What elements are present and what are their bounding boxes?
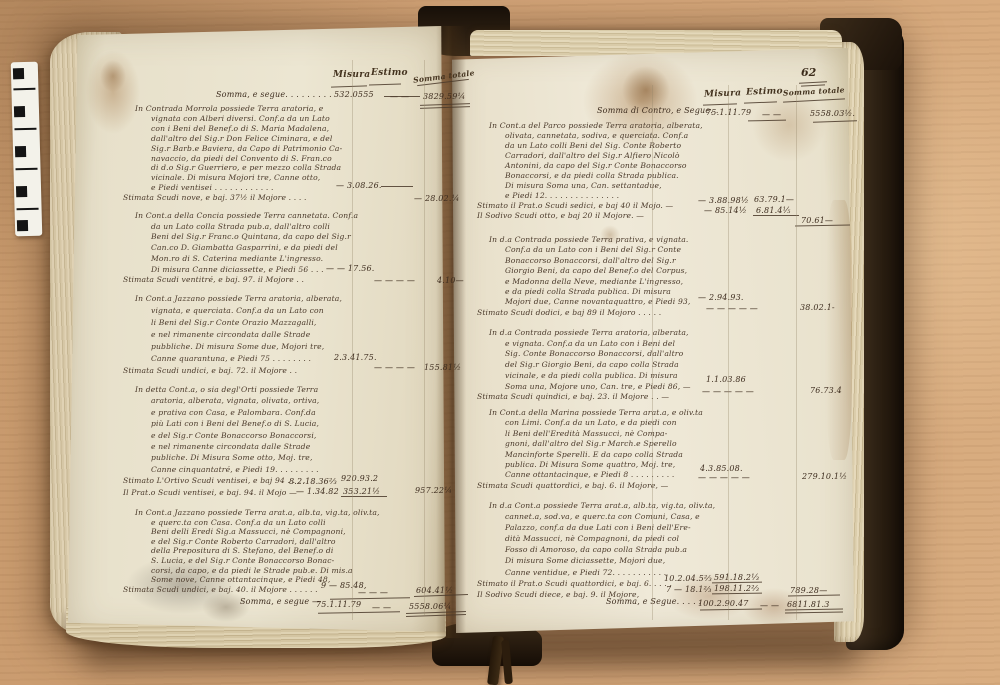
ruler-line	[16, 168, 38, 171]
ruler-mark	[13, 68, 24, 79]
left-page	[68, 26, 445, 638]
ruler-line	[13, 88, 35, 91]
ruler-mark	[16, 186, 27, 197]
photo-scene: Misura Estimo Somma totale In Contrada M…	[0, 0, 1000, 685]
ruler-line	[17, 208, 39, 211]
book-gutter	[436, 26, 466, 638]
photo-scale-ruler	[11, 62, 43, 237]
ruler-mark	[14, 106, 25, 117]
right-page	[452, 48, 854, 633]
ruler-mark	[17, 220, 28, 231]
ruler-mark	[15, 146, 26, 157]
ruler-line	[14, 128, 36, 131]
